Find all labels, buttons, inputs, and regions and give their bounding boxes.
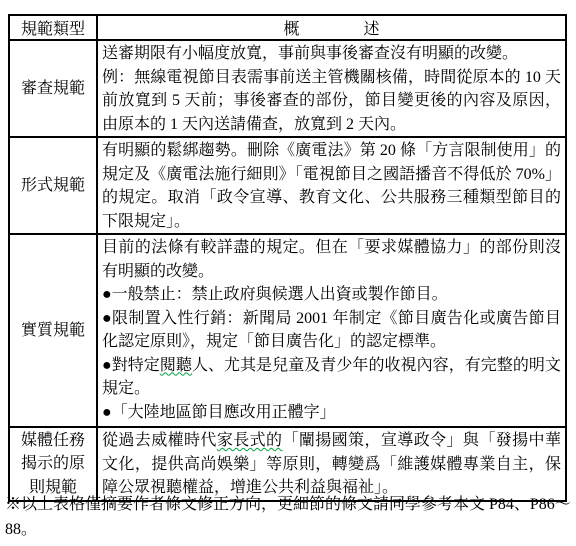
row-label-substantive: 實質規範	[9, 234, 97, 427]
row-content-mission-principle: 從過去威權時代家長式的「闡揚國策，宣導政令」與「發揚中華文化，提供高尚娛樂」等原…	[97, 427, 566, 501]
row-content-form: 有明顯的鬆綁趨勢。刪除《廣電法》第 20 條「方言限制使用」的規定及《廣電法施行…	[97, 137, 566, 234]
row-label-form: 形式規範	[9, 137, 97, 234]
paragraph: 從過去威權時代家長式的「闡揚國策，宣導政令」與「發揚中華文化，提供高尚娛樂」等原…	[102, 429, 561, 500]
row-label-review: 審查規範	[9, 40, 97, 137]
bullet-paragraph: ●限制置入性行銷：新聞局 2001 年制定《節目廣告化或廣告節目化認定原則》，規…	[102, 307, 561, 354]
row-content-review: 送審期限有小幅度放寬，事前與事後審查沒有明顯的改變。 例：無線電視節目表需事前送…	[97, 40, 566, 137]
overview-header-char-1: 概	[283, 16, 299, 39]
table-row-form-regulation: 形式規範 有明顯的鬆綁趨勢。刪除《廣電法》第 20 條「方言限制使用」的規定及《…	[9, 137, 566, 234]
overview-header-char-2: 述	[364, 16, 380, 39]
paragraph: 有明顯的鬆綁趨勢。刪除《廣電法》第 20 條「方言限制使用」的規定及《廣電法施行…	[102, 139, 561, 233]
bullet-paragraph: ●對特定閱聽人、尤其是兒童及青少年的收視內容，有完整的明文規定。	[102, 354, 561, 401]
row-label-mission-principle: 媒體任務 揭示的原 則規範	[9, 427, 97, 501]
table-row-substantive-regulation: 實質規範 目前的法條有較詳盡的規定。但在「要求媒體協力」的部份則沒有明顯的改變。…	[9, 234, 566, 427]
overview-header-text: 概 述	[100, 16, 563, 39]
table-header-row: 規範類型 概 述	[9, 15, 566, 40]
paragraph: 目前的法條有較詳盡的規定。但在「要求媒體協力」的部份則沒有明顯的改變。	[102, 236, 561, 283]
column-header-overview: 概 述	[97, 15, 566, 40]
table-row-mission-principle-regulation: 媒體任務 揭示的原 則規範 從過去威權時代家長式的「闡揚國策，宣導政令」與「發揚…	[9, 427, 566, 501]
document-page: 規範類型 概 述 審查規範 送審期限有小幅度放寬，事前與事後審查沒有明顯的改變。…	[0, 0, 576, 546]
table-row-review-regulation: 審查規範 送審期限有小幅度放寬，事前與事後審查沒有明顯的改變。 例：無線電視節目…	[9, 40, 566, 137]
bullet-paragraph: ●一般禁止：禁止政府與候選人出資或製作節目。	[102, 283, 561, 307]
text-segment: 從過去威權時代	[102, 432, 217, 449]
footnote: ※以上表格僅摘要作者條文修正方向，更細節的條文請同學參考本文 P84、P86～8…	[5, 492, 573, 542]
spellcheck-underlined-text: 家長式的	[217, 432, 283, 449]
text-segment: ●對特定	[102, 357, 160, 374]
column-header-type: 規範類型	[9, 15, 97, 40]
paragraph: 例：無線電視節目表需事前送主管機關核備，時間從原本的 10 天前放寬到 5 天前…	[102, 66, 561, 137]
regulation-summary-table: 規範類型 概 述 審查規範 送審期限有小幅度放寬，事前與事後審查沒有明顯的改變。…	[8, 14, 567, 502]
row-content-substantive: 目前的法條有較詳盡的規定。但在「要求媒體協力」的部份則沒有明顯的改變。 ●一般禁…	[97, 234, 566, 427]
bullet-paragraph: ●「大陸地區節目應改用正體字」	[102, 401, 561, 425]
paragraph: 送審期限有小幅度放寬，事前與事後審查沒有明顯的改變。	[102, 42, 561, 66]
spellcheck-underlined-text: 閱聽	[160, 357, 192, 374]
